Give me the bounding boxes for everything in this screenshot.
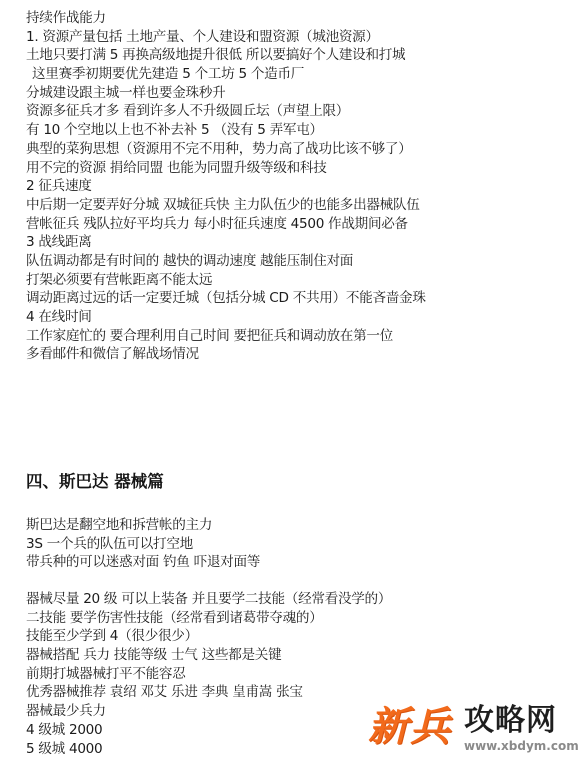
text-line: 优秀器械推荐 袁绍 邓艾 乐进 李典 皇甫嵩 张宝 bbox=[26, 683, 576, 702]
text-line: 前期打城器械打平不能容忍 bbox=[26, 665, 576, 684]
section-title-sustained-combat: 持续作战能力 bbox=[26, 9, 576, 28]
logo-brand-side: 攻略网 bbox=[464, 704, 557, 738]
subheading-online-time: 4 在线时间 bbox=[26, 308, 576, 327]
subheading-recruit-speed: 2 征兵速度 bbox=[26, 177, 576, 196]
logo-brand-main: 新兵 bbox=[368, 702, 452, 752]
logo-url: www.xbdym.com bbox=[464, 739, 579, 753]
text-line: 斯巴达是翻空地和拆营帐的主力 bbox=[26, 516, 576, 535]
text-line: 器械搭配 兵力 技能等级 士气 这些都是关键 bbox=[26, 646, 576, 665]
text-line: 3S 一个兵的队伍可以打空地 bbox=[26, 535, 576, 554]
document-section-sustained-combat: 持续作战能力 1. 资源产量包括 土地产量、个人建设和盟资源（城池资源） 土地只… bbox=[26, 9, 576, 364]
text-line: 典型的菜狗思想（资源用不完不用种，势力高了战功比该不够了） bbox=[26, 140, 576, 159]
text-line: 工作家庭忙的 要合理利用自己时间 要把征兵和调动放在第一位 bbox=[26, 327, 576, 346]
text-line: 多看邮件和微信了解战场情况 bbox=[26, 345, 576, 364]
text-line: 分城建设跟主城一样也要金珠秒升 bbox=[26, 84, 576, 103]
text-line: 带兵种的可以迷惑对面 钓鱼 吓退对面等 bbox=[26, 553, 576, 572]
text-line: 1. 资源产量包括 土地产量、个人建设和盟资源（城池资源） bbox=[26, 28, 576, 47]
text-line: 有 10 个空地以上也不补去补 5 （没有 5 弄军屯） bbox=[26, 121, 576, 140]
text-line: 土地只要打满 5 再换高级地提升很低 所以要搞好个人建设和打城 bbox=[26, 46, 576, 65]
text-line: 器械尽量 20 级 可以上装备 并且要学二技能（经常看没学的） bbox=[26, 590, 576, 609]
text-line: 中后期一定要弄好分城 双城征兵快 主力队伍少的也能多出器械队伍 bbox=[26, 196, 576, 215]
text-line: 营帐征兵 残队拉好平均兵力 每小时征兵速度 4500 作战期间必备 bbox=[26, 215, 576, 234]
text-line: 调动距离过远的话一定要迁城（包括分城 CD 不共用）不能吝啬金珠 bbox=[26, 289, 576, 308]
subheading-front-distance: 3 战线距离 bbox=[26, 233, 576, 252]
text-line: 这里赛季初期要优先建造 5 个工坊 5 个造币厂 bbox=[26, 65, 576, 84]
text-line: 队伍调动都是有时间的 越快的调动速度 越能压制住对面 bbox=[26, 252, 576, 271]
text-line: 资源多征兵才多 看到许多人不升级圆丘坛（声望上限） bbox=[26, 102, 576, 121]
text-line: 二技能 要学伤害性技能（经常看到诸葛带夺魂的） bbox=[26, 609, 576, 628]
watermark-logo: 新兵 攻略网 www.xbdym.com bbox=[368, 702, 578, 758]
section-heading-sparta-siege: 四、斯巴达 器械篇 bbox=[26, 470, 164, 494]
paragraph-sparta-intro: 斯巴达是翻空地和拆营帐的主力 3S 一个兵的队伍可以打空地 带兵种的可以迷惑对面… bbox=[26, 516, 576, 572]
paragraph: 持续作战能力 1. 资源产量包括 土地产量、个人建设和盟资源（城池资源） 土地只… bbox=[26, 9, 576, 364]
text-line: 用不完的资源 捐给同盟 也能为同盟升级等级和科技 bbox=[26, 159, 576, 178]
text-line: 打架必须要有营帐距离不能太远 bbox=[26, 271, 576, 290]
text-line: 技能至少学到 4（很少很少） bbox=[26, 627, 576, 646]
